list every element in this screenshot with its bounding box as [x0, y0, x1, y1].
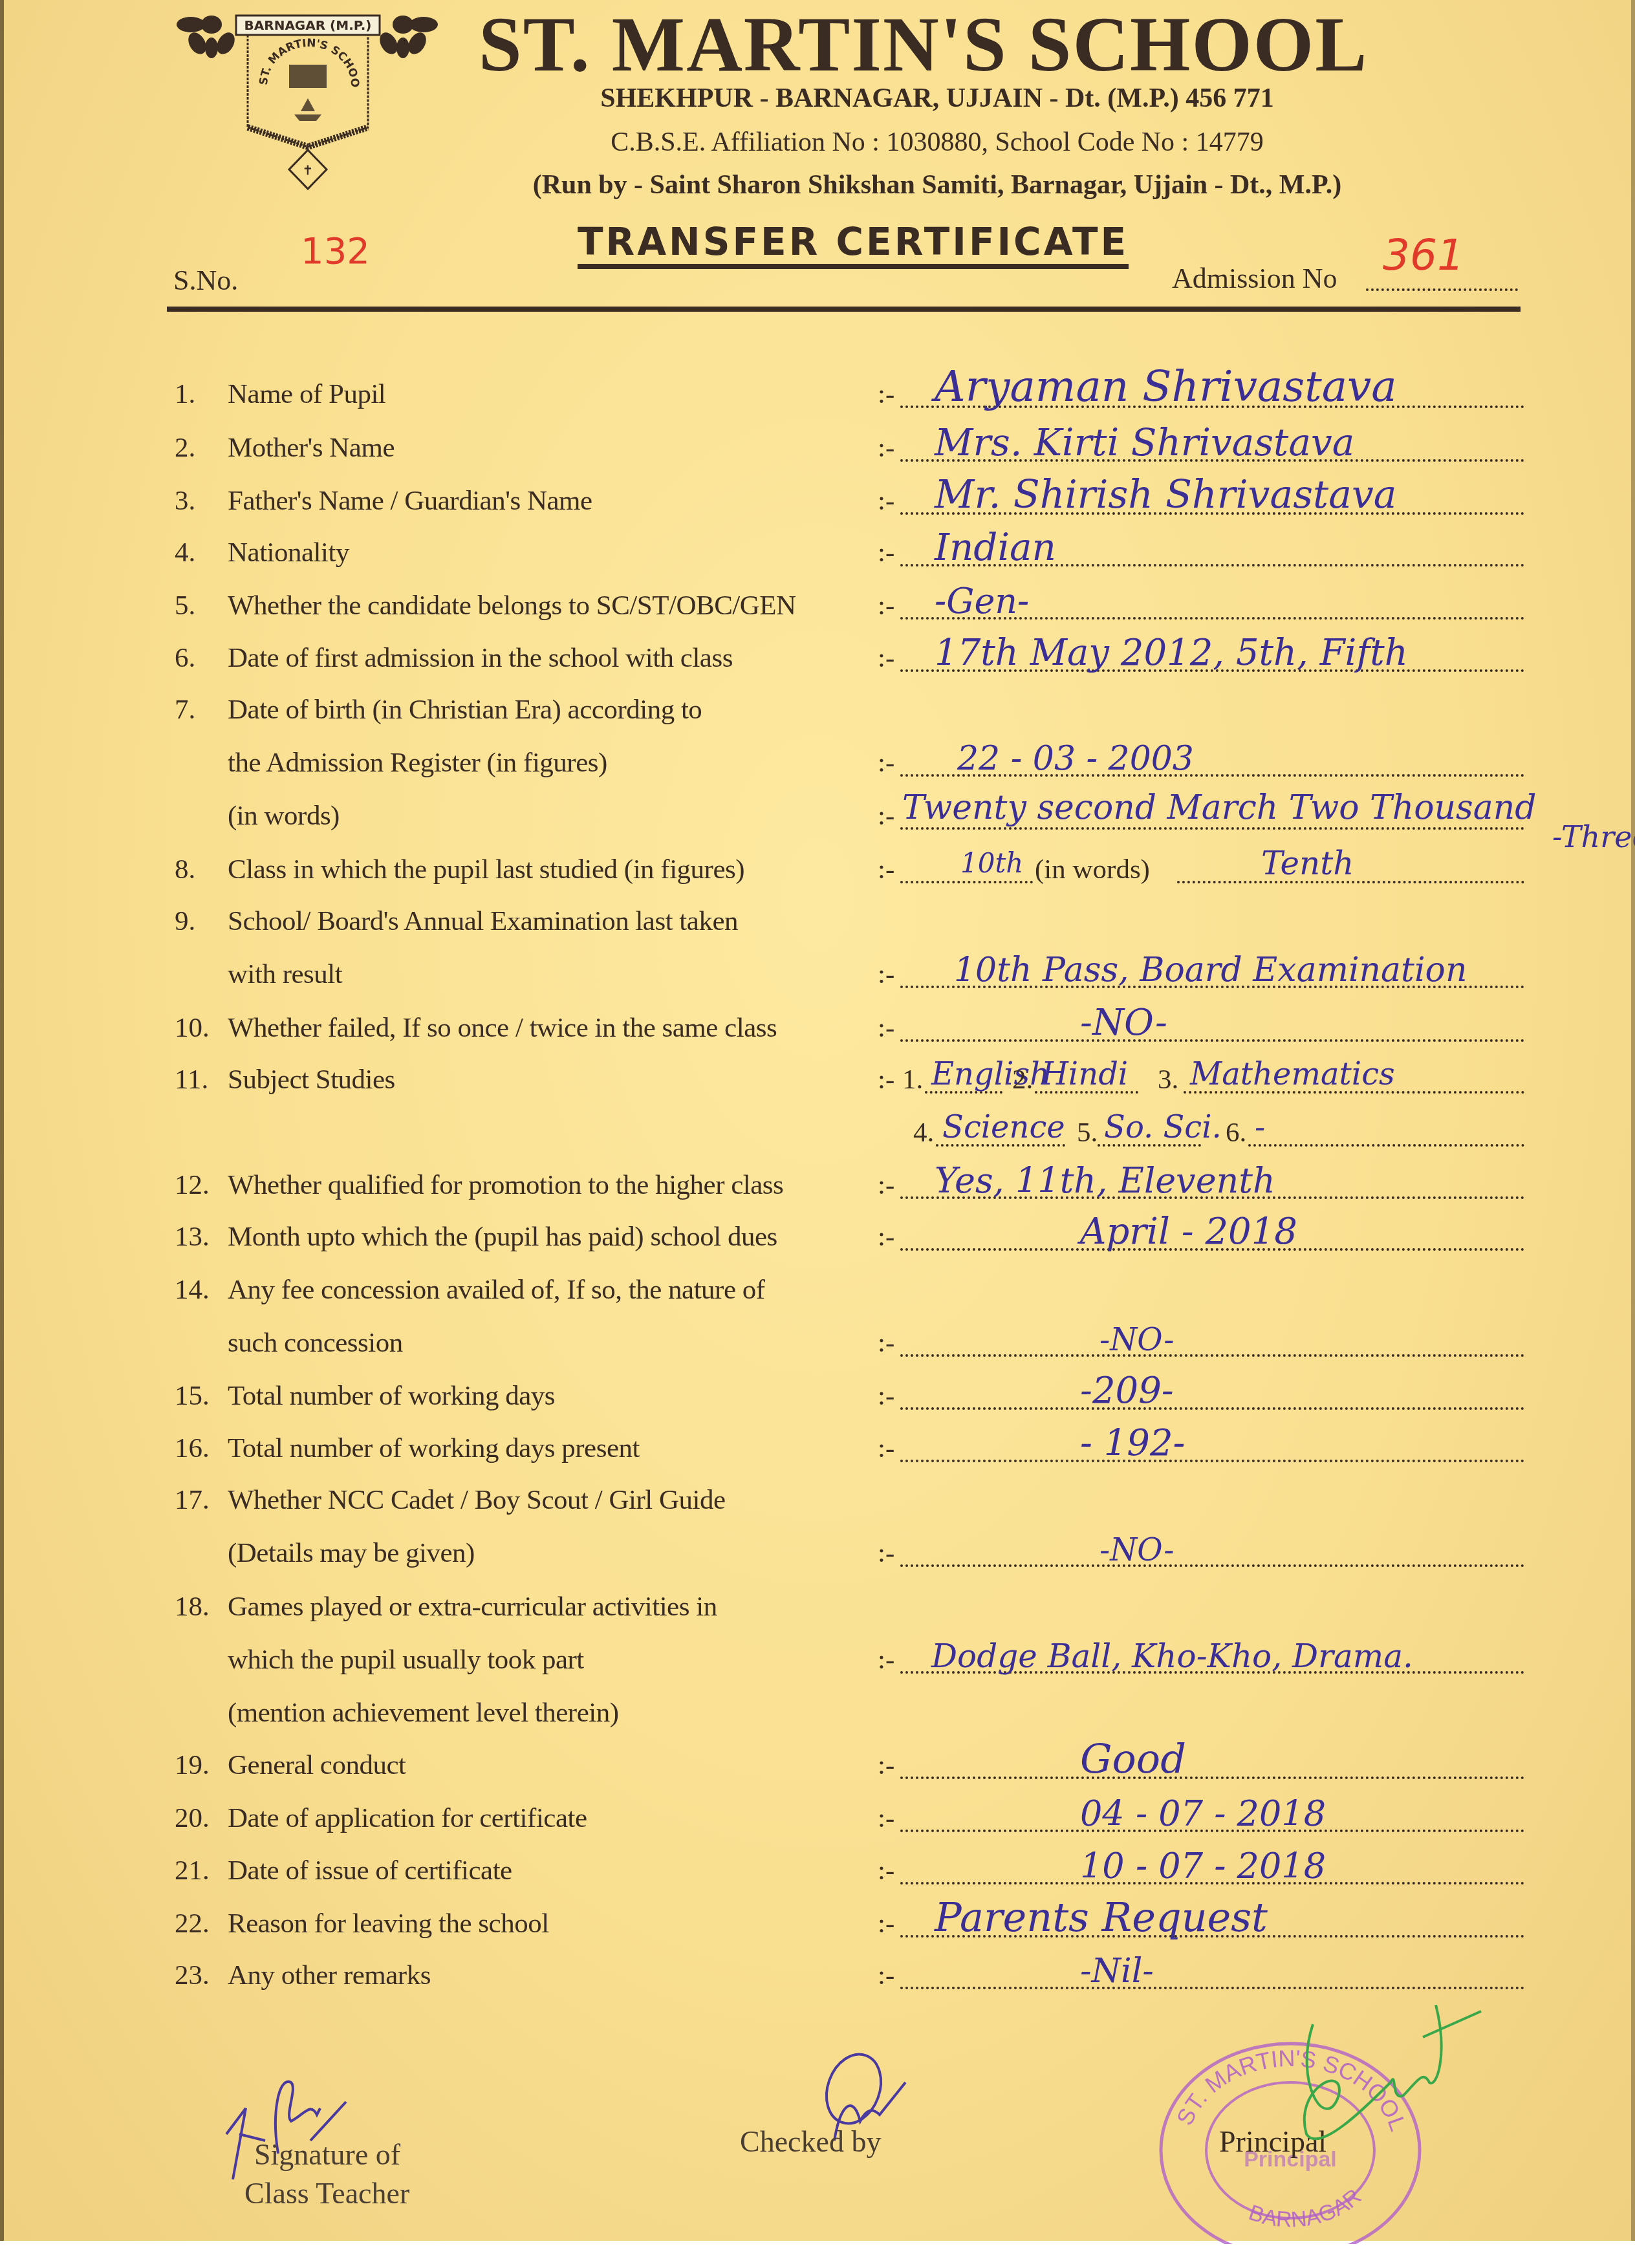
- transfer-certificate-page: BARNAGAR (M.P.) ST. MARTIN'S SCHOOL ✝ ST…: [0, 0, 1635, 2241]
- field-5-colon: :-: [878, 590, 894, 621]
- field-20-number: 20.: [175, 1802, 210, 1834]
- class-teacher-label-line1: Signature of: [254, 2137, 400, 2172]
- field-15-colon: :-: [878, 1380, 894, 1412]
- field-23-number: 23.: [175, 1960, 210, 1991]
- field-8-number: 8.: [175, 854, 195, 885]
- field-18-label: Games played or extra-curricular activit…: [228, 1591, 717, 1623]
- field-16-colon: :-: [878, 1432, 894, 1464]
- field-15-number: 15.: [175, 1380, 210, 1412]
- field-18-value: Dodge Ball, Kho-Kho, Drama.: [931, 1637, 1413, 1675]
- field-7-words-value: Twenty second March Two Thousand: [902, 788, 1536, 827]
- field-3-number: 3.: [175, 485, 195, 517]
- field-13-value: April - 2018: [1080, 1211, 1297, 1253]
- field-9-label-line2: with result: [228, 958, 342, 990]
- field-7-words-line: [900, 827, 1524, 830]
- field-1-value: Aryaman Shrivastava: [935, 362, 1397, 411]
- affiliation-info: C.B.S.E. Affiliation No : 1030880, Schoo…: [0, 127, 1635, 158]
- field-14-label: Any fee concession availed of, If so, th…: [228, 1274, 765, 1306]
- field-16-line: [900, 1460, 1524, 1462]
- field-3-label: Father's Name / Guardian's Name: [228, 485, 592, 517]
- field-4-colon: :-: [878, 537, 894, 568]
- field-14-line: [900, 1354, 1524, 1357]
- class-teacher-signature: [207, 2063, 414, 2192]
- field-10-line: [900, 1039, 1524, 1042]
- field-22-value: Parents Request: [935, 1894, 1268, 1941]
- field-17-line: [900, 1564, 1524, 1567]
- field-11-subject-1-number: 1.: [902, 1064, 923, 1096]
- field-6-label: Date of first admission in the school wi…: [228, 642, 733, 674]
- field-16-label: Total number of working days present: [228, 1432, 640, 1464]
- field-11-subject-6-value: -: [1255, 1109, 1265, 1145]
- field-10-number: 10.: [175, 1012, 210, 1044]
- field-9-label: School/ Board's Annual Examination last …: [228, 905, 738, 937]
- field-12-label: Whether qualified for promotion to the h…: [228, 1169, 783, 1201]
- field-22-number: 22.: [175, 1908, 210, 1939]
- field-7-words-colon: :-: [878, 800, 894, 832]
- field-5-value: -Gen-: [935, 581, 1029, 621]
- admission-number-value: 361: [1383, 230, 1464, 280]
- run-by-info: (Run by - Saint Sharon Shikshan Samiti, …: [0, 169, 1635, 200]
- field-2-value: Mrs. Kirti Shrivastava: [935, 420, 1354, 464]
- field-5-number: 5.: [175, 590, 195, 621]
- field-19-number: 19.: [175, 1749, 210, 1781]
- field-17-label-line2: (Details may be given): [228, 1537, 475, 1569]
- field-18-label-line3: (mention achievement level therein): [228, 1697, 619, 1729]
- field-9-value: 10th Pass, Board Examination: [954, 951, 1467, 989]
- header-divider: [167, 307, 1521, 312]
- field-7-words-value-cont: -Three: [1552, 819, 1635, 854]
- field-13-number: 13.: [175, 1221, 210, 1253]
- field-11-subject-6-line: [1248, 1144, 1524, 1147]
- field-8-words-label: (in words): [1035, 854, 1150, 885]
- field-3-colon: :-: [878, 485, 894, 517]
- field-9-colon: :-: [878, 958, 894, 990]
- field-11-label: Subject Studies: [228, 1064, 395, 1096]
- admission-number-label: Admission No: [1172, 262, 1337, 295]
- field-18-colon: :-: [878, 1644, 894, 1676]
- field-21-number: 21.: [175, 1855, 210, 1886]
- field-11-number: 11.: [175, 1064, 208, 1096]
- field-13-label: Month upto which the (pupil has paid) sc…: [228, 1221, 777, 1253]
- field-9-number: 9.: [175, 905, 195, 937]
- field-20-label: Date of application for certificate: [228, 1802, 587, 1834]
- field-2-number: 2.: [175, 432, 195, 464]
- class-teacher-label-line2: Class Teacher: [244, 2176, 409, 2210]
- field-22-colon: :-: [878, 1908, 894, 1939]
- title-underline: [578, 264, 1129, 269]
- field-2-colon: :-: [878, 432, 894, 464]
- field-14-value: -NO-: [1099, 1322, 1175, 1358]
- field-8-line-a: [900, 881, 1033, 883]
- field-2-label: Mother's Name: [228, 432, 395, 464]
- field-11-subject-4-value: Science: [942, 1109, 1065, 1145]
- field-19-label: General conduct: [228, 1749, 406, 1781]
- field-7-number: 7.: [175, 694, 195, 726]
- school-name: ST. MARTIN'S SCHOOL: [479, 0, 1368, 89]
- field-15-label: Total number of working days: [228, 1380, 555, 1412]
- field-4-number: 4.: [175, 537, 195, 568]
- serial-number-value: 132: [301, 230, 370, 272]
- serial-number-label: S.No.: [173, 264, 238, 297]
- field-7-label: Date of birth (in Christian Era) accordi…: [228, 694, 702, 726]
- field-11-colon: :-: [878, 1064, 894, 1096]
- field-11-subject-4-number: 4.: [913, 1117, 934, 1149]
- field-14-number: 14.: [175, 1274, 210, 1306]
- field-6-number: 6.: [175, 642, 195, 674]
- field-17-number: 17.: [175, 1484, 210, 1516]
- document-title: TRANSFER CERTIFICATE: [578, 220, 1129, 264]
- field-20-colon: :-: [878, 1802, 894, 1834]
- field-14-colon: :-: [878, 1327, 894, 1359]
- field-19-value: Good: [1080, 1735, 1186, 1782]
- field-18-number: 18.: [175, 1591, 210, 1623]
- field-7-words-label: (in words): [228, 800, 340, 832]
- field-17-colon: :-: [878, 1537, 894, 1569]
- field-10-value: -NO-: [1080, 1002, 1167, 1044]
- field-15-value: -209-: [1080, 1370, 1174, 1412]
- field-8-colon: :-: [878, 854, 894, 885]
- field-7-colon: :-: [878, 747, 894, 779]
- field-10-colon: :-: [878, 1012, 894, 1044]
- field-4-value: Indian: [935, 525, 1056, 569]
- field-11-subject-3-value: Mathematics: [1190, 1056, 1395, 1092]
- field-1-colon: :-: [878, 378, 894, 410]
- field-8-label: Class in which the pupil last studied (i…: [228, 854, 744, 885]
- field-8-words-value: Tenth: [1261, 845, 1354, 882]
- field-15-line: [900, 1407, 1524, 1410]
- field-23-colon: :-: [878, 1960, 894, 1991]
- field-20-value: 04 - 07 - 2018: [1080, 1793, 1326, 1834]
- field-16-number: 16.: [175, 1432, 210, 1464]
- field-11-subject-2-value: Hindi: [1041, 1056, 1128, 1092]
- checked-by-label: Checked by: [740, 2124, 881, 2159]
- svg-text:BARNAGAR (M.P.): BARNAGAR (M.P.): [244, 17, 372, 33]
- field-19-colon: :-: [878, 1749, 894, 1781]
- field-13-colon: :-: [878, 1221, 894, 1253]
- field-11-subject-6-number: 6.: [1226, 1117, 1246, 1149]
- field-23-value: -Nil-: [1080, 1952, 1154, 1991]
- principal-signature: [1268, 2005, 1559, 2199]
- field-5-label: Whether the candidate belongs to SC/ST/O…: [228, 590, 796, 621]
- field-11-subject-5-number: 5.: [1077, 1117, 1098, 1149]
- field-7-value: 22 - 03 - 2003: [957, 739, 1194, 778]
- field-23-label: Any other remarks: [228, 1960, 431, 1991]
- field-1-number: 1.: [175, 378, 195, 410]
- field-1-label: Name of Pupil: [228, 378, 385, 410]
- field-7-label-line2: the Admission Register (in figures): [228, 747, 607, 779]
- admission-number-line: [1366, 288, 1518, 291]
- field-18-label-line2: which the pupil usually took part: [228, 1644, 584, 1676]
- field-4-label: Nationality: [228, 537, 349, 568]
- field-17-value: -NO-: [1099, 1532, 1175, 1568]
- field-23-line: [900, 1987, 1524, 1989]
- field-16-value: - 192-: [1080, 1422, 1186, 1464]
- field-10-label: Whether failed, If so once / twice in th…: [228, 1012, 777, 1044]
- field-6-value: 17th May 2012, 5th, Fifth: [935, 632, 1408, 674]
- field-12-number: 12.: [175, 1169, 210, 1201]
- school-address: SHEKHPUR - BARNAGAR, UJJAIN - Dt. (M.P.)…: [0, 83, 1635, 114]
- field-19-line: [900, 1777, 1524, 1779]
- field-11-subject-2-number: 2.: [1012, 1064, 1033, 1096]
- field-21-label: Date of issue of certificate: [228, 1855, 512, 1886]
- field-11-subject-5-value: So. Sci.: [1104, 1109, 1222, 1145]
- field-22-label: Reason for leaving the school: [228, 1908, 549, 1939]
- field-14-label-line2: such concession: [228, 1327, 403, 1359]
- field-17-label: Whether NCC Cadet / Boy Scout / Girl Gui…: [228, 1484, 726, 1516]
- field-6-colon: :-: [878, 642, 894, 674]
- field-12-value: Yes, 11th, Eleventh: [935, 1160, 1275, 1201]
- field-11-subject-3-number: 3.: [1158, 1064, 1178, 1096]
- field-12-colon: :-: [878, 1169, 894, 1201]
- field-8-value: 10th: [960, 847, 1023, 879]
- field-21-value: 10 - 07 - 2018: [1080, 1846, 1326, 1886]
- field-3-value: Mr. Shirish Shrivastava: [935, 472, 1397, 517]
- field-21-colon: :-: [878, 1855, 894, 1886]
